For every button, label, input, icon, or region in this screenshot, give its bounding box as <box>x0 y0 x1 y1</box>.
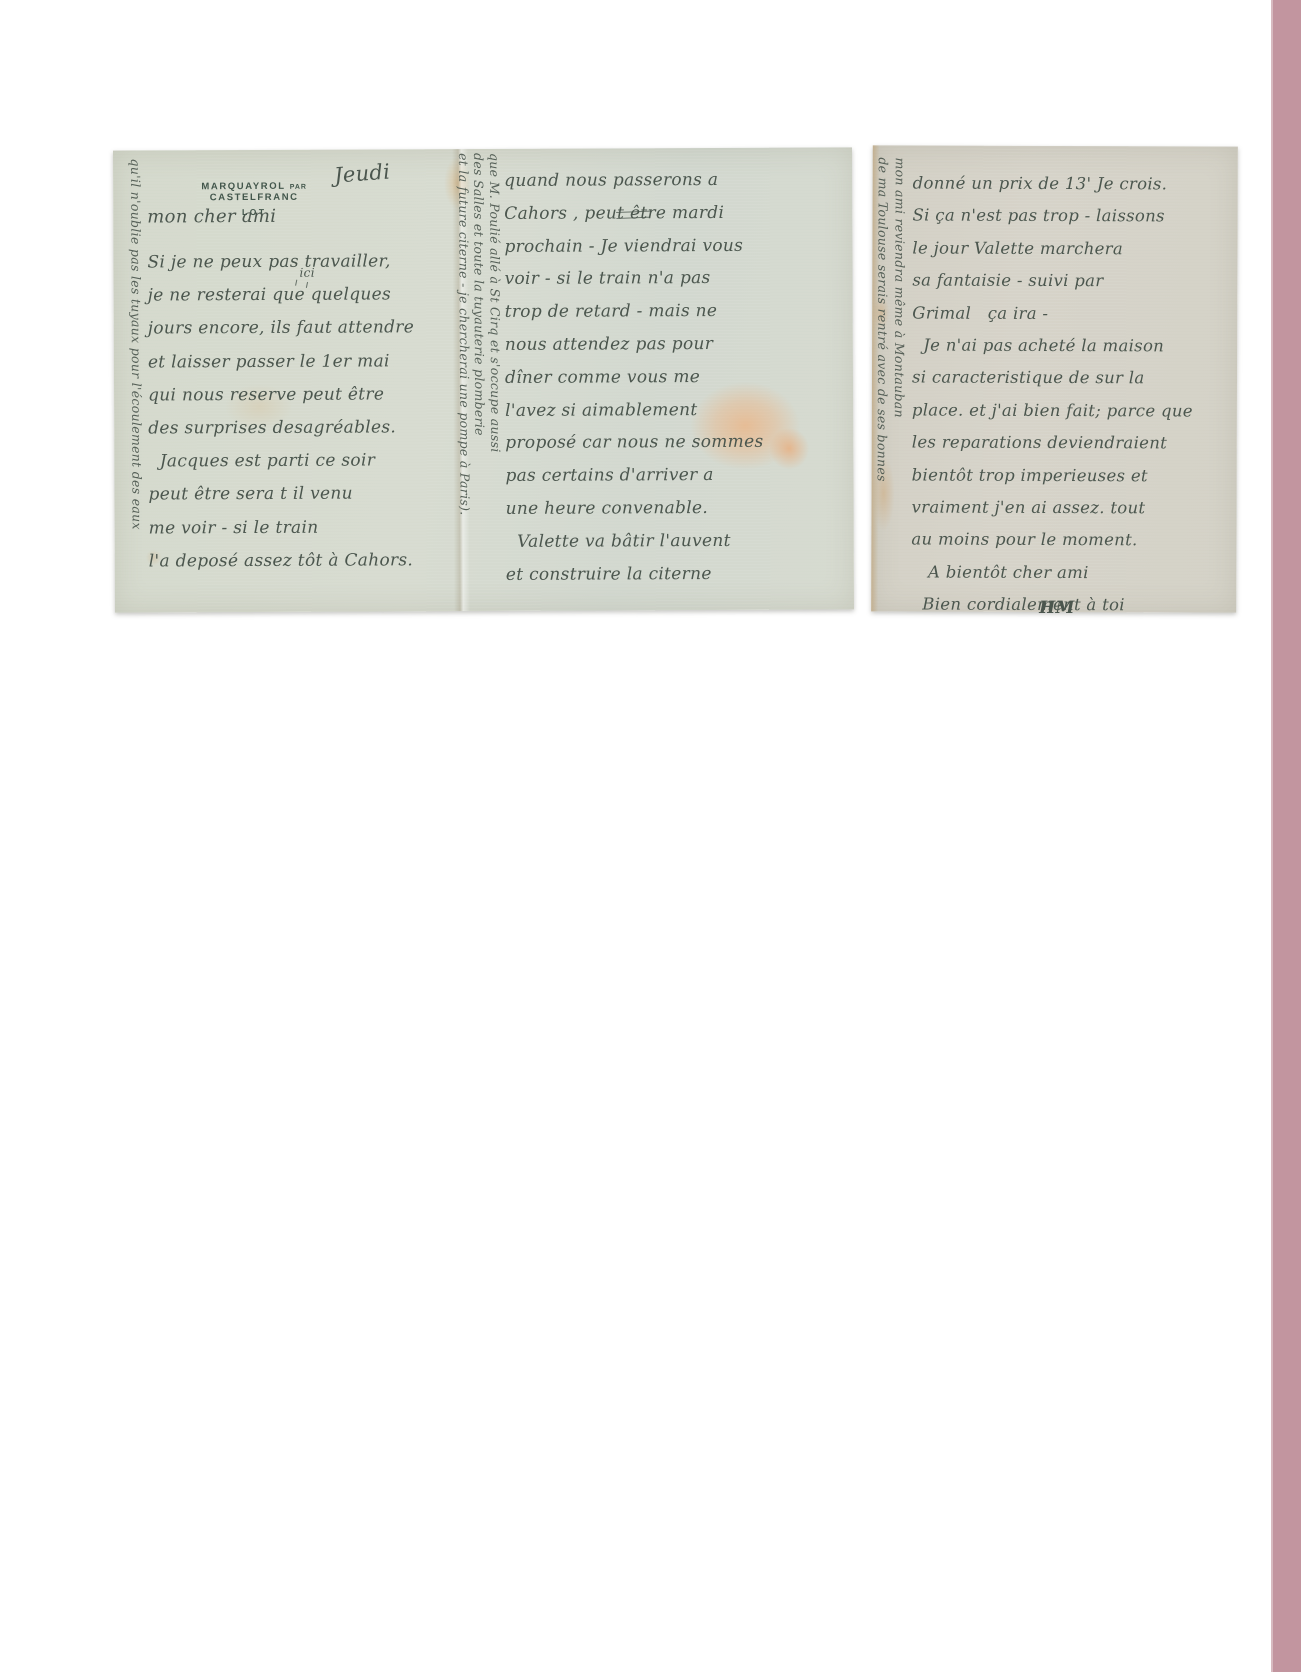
handwritten-line: vraiment j'en ai assez. tout <box>911 492 1226 526</box>
handwritten-line: une heure convenable. <box>505 491 840 525</box>
handwritten-line: pas certains d'arriver a <box>505 459 840 493</box>
handwritten-line: au moins pour le moment. <box>911 524 1226 558</box>
letterhead-line1: MARQUAYROL PAR CASTELFRANC <box>159 181 349 204</box>
handwritten-line: l'avez si aimablement <box>505 393 840 427</box>
page1-fold-margin-note: que M. Poulié allé à St Cirq et s'occupe… <box>456 153 504 605</box>
date-line: Jeudi <box>333 159 391 187</box>
handwritten-line: Si je ne peux pas travailler, <box>147 245 452 280</box>
handwritten-line: me voir - si le train <box>149 511 454 546</box>
handwritten-line: bientôt trop imperieuses et <box>912 459 1227 493</box>
handwritten-line: je ne resterai que quelques <box>148 278 453 313</box>
letter-page-1: MARQUAYROL PAR CASTELFRANC LOT Jeudi mon… <box>113 147 854 612</box>
page2-margin-note: mon ami reviendra même à Montaubande ma … <box>873 157 909 602</box>
handwritten-line: et la future citerne - je chercherai une… <box>456 153 473 605</box>
scanned-letter-spread: MARQUAYROL PAR CASTELFRANC LOT Jeudi mon… <box>0 0 1301 1672</box>
page2-body-text: donné un prix de 13' Je crois.Si ça n'es… <box>911 168 1228 623</box>
handwritten-line: qu'il n'oublie pas les tuyaux pour l'éco… <box>128 158 145 610</box>
handwritten-line: trop de retard - mais ne <box>505 295 840 329</box>
handwritten-line: place. et j'ai bien fait; parce que <box>912 394 1227 428</box>
page1-column1-text: Si je ne peux pas travailler,je ne reste… <box>147 245 453 578</box>
emphasis-mark <box>616 211 650 219</box>
page1-column2-text: quand nous passerons aCahors , peut être… <box>504 163 841 591</box>
handwritten-line: proposé car nous ne sommes <box>505 426 840 460</box>
handwritten-line: et construire la citerne <box>506 557 841 591</box>
binding-stripe <box>1271 0 1301 1672</box>
letterhead-town: CASTELFRANC <box>210 192 299 203</box>
signature-monogram: HM <box>1039 598 1075 618</box>
handwritten-line: quand nous passerons a <box>504 163 839 197</box>
handwritten-line: les reparations deviendraient <box>912 427 1227 461</box>
handwritten-line: jours encore, ils faut attendre <box>148 312 453 347</box>
handwritten-line: des surprises desagréables. <box>148 411 453 446</box>
handwritten-line: donné un prix de 13' Je crois. <box>913 168 1228 202</box>
letterhead-par: PAR <box>290 184 307 191</box>
handwritten-line: l'a deposé assez tôt à Cahors. <box>149 544 454 579</box>
handwritten-line: A bientôt cher ami <box>911 556 1226 590</box>
handwritten-line: que M. Poulié allé à St Cirq et s'occupe… <box>487 153 504 605</box>
handwritten-line: peut être sera t il venu <box>148 478 453 513</box>
handwritten-line: et laisser passer le 1er mai <box>148 345 453 380</box>
handwritten-line: Valette va bâtir l'auvent <box>506 524 841 558</box>
handwritten-line: Si ça n'est pas trop - laissons <box>913 200 1228 234</box>
page1-left-margin-note: qu'il n'oublie pas les tuyaux pour l'éco… <box>128 158 145 610</box>
handwritten-line: qui nous reserve peut être <box>148 378 453 413</box>
letter-page-2: mon ami reviendra même à Montaubande ma … <box>871 145 1238 612</box>
handwritten-line: nous attendez pas pour <box>505 327 840 361</box>
handwritten-line: sa fantaisie - suivi par <box>912 265 1227 299</box>
handwritten-line: si caracteristique de sur la <box>912 362 1227 396</box>
handwritten-line: mon ami reviendra même à Montauban <box>890 157 909 602</box>
handwritten-line: Jacques est parti ce soir <box>148 444 453 479</box>
handwritten-line: dîner comme vous me <box>505 360 840 394</box>
handwritten-line: des Salles et toute la tuyauterie plombe… <box>471 153 488 605</box>
handwritten-line: Grimal ça ira - <box>912 297 1227 331</box>
handwritten-line: Cahors , peut être mardi <box>504 196 839 230</box>
handwritten-line: prochain - Je viendrai vous <box>504 229 839 263</box>
handwritten-line: le jour Valette marchera <box>912 232 1227 266</box>
salutation: mon cher ami <box>147 206 276 228</box>
handwritten-line: de ma Toulouse serais rentré avec de ses… <box>873 157 892 602</box>
letterhead-place: MARQUAYROL <box>201 181 285 192</box>
handwritten-line: voir - si le train n'a pas <box>504 262 839 296</box>
handwritten-line: Je n'ai pas acheté la maison <box>912 330 1227 364</box>
